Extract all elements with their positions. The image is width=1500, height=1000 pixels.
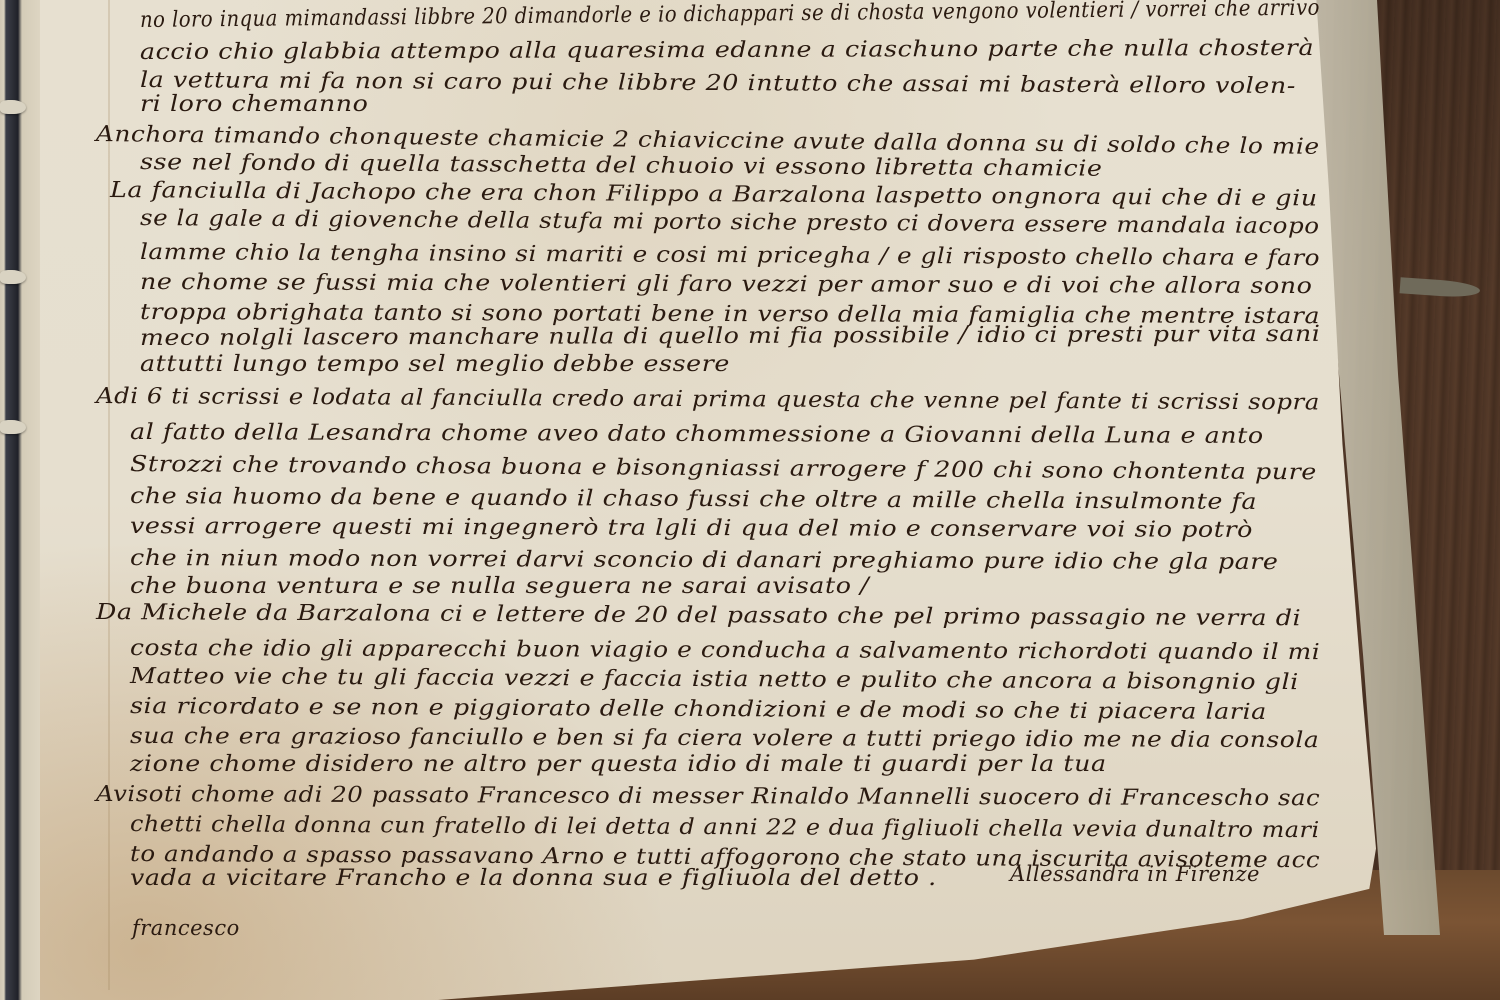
manuscript-line: lamme chio la tengha insino si mariti e …	[140, 240, 1320, 271]
manuscript-line: sia ricordato e se non e piggiorato dell…	[130, 694, 1267, 725]
manuscript-line: se la gale a di giovenche della stufa mi…	[140, 206, 1320, 239]
manuscript-line: chetti chella donna cun fratello di lei …	[130, 812, 1320, 843]
manuscript-line: sse nel fondo di quella tasschetta del c…	[140, 150, 1103, 182]
manuscript-line: che in niun modo non vorrei darvi sconci…	[130, 546, 1279, 575]
manuscript-line: zione chome disidero ne altro per questa…	[130, 752, 1107, 777]
manuscript-line: che sia huomo da bene e quando il chaso …	[130, 484, 1257, 515]
manuscript-line: vada a vicitare Francho e la donna sua e…	[130, 866, 937, 891]
manuscript-line-paragraph-start: Da Michele da Barzalona ci e lettere de …	[96, 600, 1301, 631]
manuscript-line-paragraph-start: Adi 6 ti scrissi e lodata al fanciulla c…	[96, 384, 1320, 415]
manuscript-line: vessi arrogere questi mi ingegnerò tra l…	[130, 514, 1253, 543]
manuscript-line: sua che era grazioso fanciullo e ben si …	[130, 724, 1319, 753]
sender-signature: Allessandra in Firenze	[1010, 862, 1260, 886]
manuscript-line: meco nolgli lascero manchare nulla di qu…	[140, 322, 1321, 351]
manuscript-line: ri loro chemanno	[140, 92, 368, 117]
manuscript-line: Matteo vie che tu gli faccia vezzi e fac…	[130, 664, 1299, 695]
manuscript-line: al fatto della Lesandra chome aveo dato …	[130, 420, 1264, 449]
manuscript-line: accio chio glabbia attempo alla quaresim…	[140, 36, 1314, 65]
letter-body: no loro inqua mimandassi libbre 20 diman…	[0, 0, 1500, 1000]
manuscript-line: attutti lungo tempo sel meglio debbe ess…	[140, 352, 730, 377]
manuscript-line: che buona ventura e se nulla seguera ne …	[130, 574, 869, 599]
manuscript-line-paragraph-start: Avisoti chome adi 20 passato Francesco d…	[96, 782, 1320, 811]
manuscript-line: costa che idio gli apparecchi buon viagi…	[130, 636, 1320, 665]
closing-name: francesco	[132, 916, 240, 940]
manuscript-line: ne chome se fussi mia che volentieri gli…	[140, 270, 1313, 299]
manuscript-line: Strozzi che trovando chosa buona e bison…	[130, 452, 1317, 485]
manuscript-line: no loro inqua mimandassi libbre 20 diman…	[140, 0, 1320, 33]
